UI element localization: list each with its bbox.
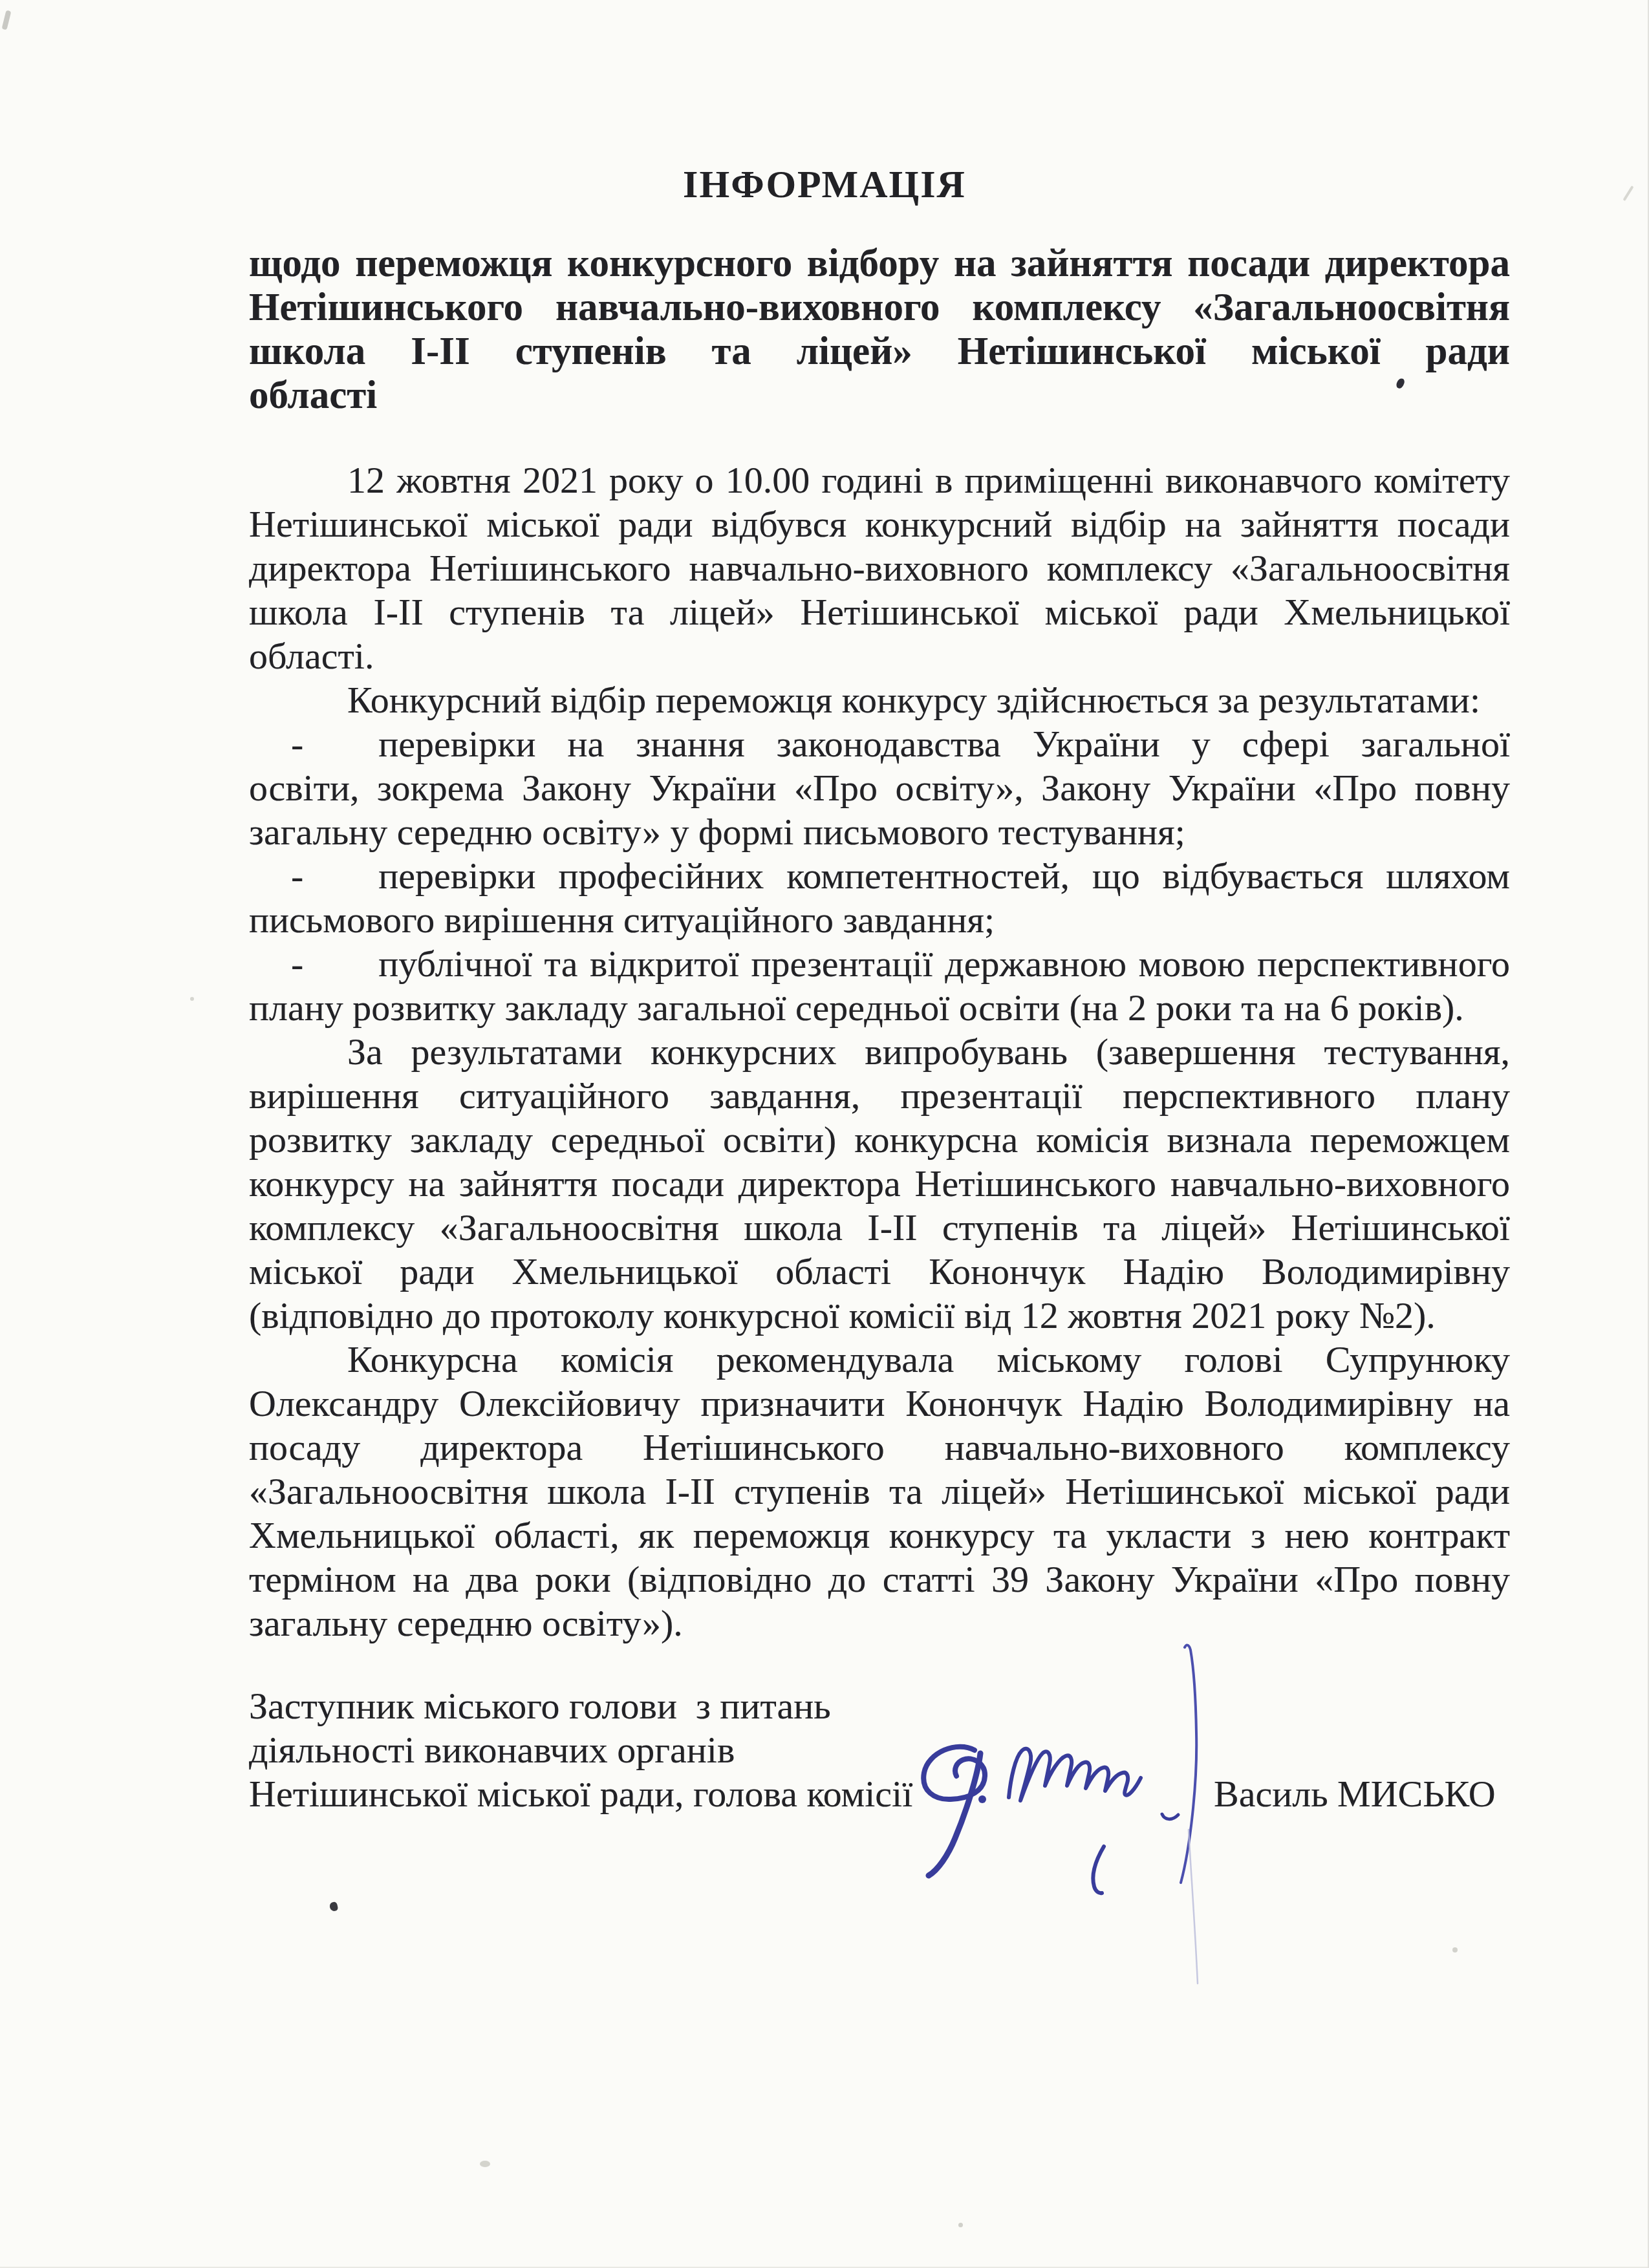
text-line: Конкурсний відбір переможця конкурсу зді… (249, 678, 1510, 722)
text-line: вирішення ситуаційного завдання, презент… (249, 1074, 1510, 1118)
text-line: конкурсу на зайняття посади директора Не… (249, 1162, 1510, 1206)
text-line: плану розвитку закладу загальної середнь… (249, 986, 1510, 1030)
text-line: освіти, зокрема Закону України «Про осві… (249, 766, 1510, 810)
document-body: щодо переможця конкурсного відбору на за… (249, 242, 1510, 1816)
scan-speck (329, 1901, 339, 1912)
text-line: розвитку закладу середньої освіти) конку… (249, 1118, 1510, 1162)
scan-speck (1452, 1947, 1458, 1952)
text-line: - перевірки на знання законодавства Укра… (249, 722, 1510, 766)
signature-block-line: Нетішинської міської ради, голова комісі… (249, 1772, 1510, 1816)
document-title: ІНФОРМАЦІЯ (0, 164, 1649, 204)
text-line: щодо переможця конкурсного відбору на за… (249, 242, 1510, 286)
signature-block-line: діяльності виконавчих органів (249, 1728, 1510, 1772)
scan-speck (190, 997, 194, 1001)
text-line: області. (249, 634, 1510, 678)
text-line: Нетішинської міської ради відбувся конку… (249, 502, 1510, 546)
scanned-document-page: ІНФОРМАЦІЯ щодо переможця конкурсного ві… (0, 0, 1649, 2268)
text-line: загальну середню освіту»). (249, 1601, 1510, 1645)
text-line: письмового вирішення ситуаційного завдан… (249, 898, 1510, 942)
text-line: За результатами конкурсних випробувань (… (249, 1030, 1510, 1074)
text-line: школа І-ІІ ступенів та ліцей» Нетішинськ… (249, 330, 1510, 374)
text-line: загальну середню освіту» у формі письмов… (249, 810, 1510, 854)
text-line: Конкурсна комісія рекомендувала міському… (249, 1338, 1510, 1382)
text-line: терміном на два роки (відповідно до стат… (249, 1557, 1510, 1601)
text-line: - перевірки професійних компетентностей,… (249, 854, 1510, 898)
text-line: посаду директора Нетішинського навчально… (249, 1426, 1510, 1470)
text-line: - публічної та відкритої презентації дер… (249, 942, 1510, 986)
signature-block: Заступник міського голови з питаньдіяльн… (249, 1684, 1510, 1816)
text-line: Хмельницької області, як переможця конку… (249, 1514, 1510, 1557)
text-line: комплексу «Загальноосвітня школа І-ІІ ст… (249, 1206, 1510, 1250)
text-line: Олександру Олексійовичу призначити Конон… (249, 1382, 1510, 1426)
scan-speck (480, 2161, 490, 2167)
signer-name: Василь МИСЬКО (1214, 1772, 1496, 1816)
signature-block-line: Заступник міського голови з питань (249, 1684, 1510, 1728)
text-line: (відповідно до протоколу конкурсної комі… (249, 1294, 1510, 1338)
text-line: Нетішинського навчально-виховного компле… (249, 286, 1510, 330)
text-line: області (249, 374, 1510, 418)
text-line: школа І-ІІ ступенів та ліцей» Нетішинськ… (249, 590, 1510, 634)
document-paragraphs: щодо переможця конкурсного відбору на за… (249, 242, 1510, 1645)
text-line: 12 жовтня 2021 року о 10.00 годині в при… (249, 458, 1510, 502)
scan-speck (958, 2223, 963, 2227)
text-line: директора Нетішинського навчально-виховн… (249, 546, 1510, 590)
text-line: «Загальноосвітня школа І-ІІ ступенів та … (249, 1470, 1510, 1514)
scan-speck (1, 10, 11, 30)
text-line: міської ради Хмельницької області Кононч… (249, 1250, 1510, 1294)
